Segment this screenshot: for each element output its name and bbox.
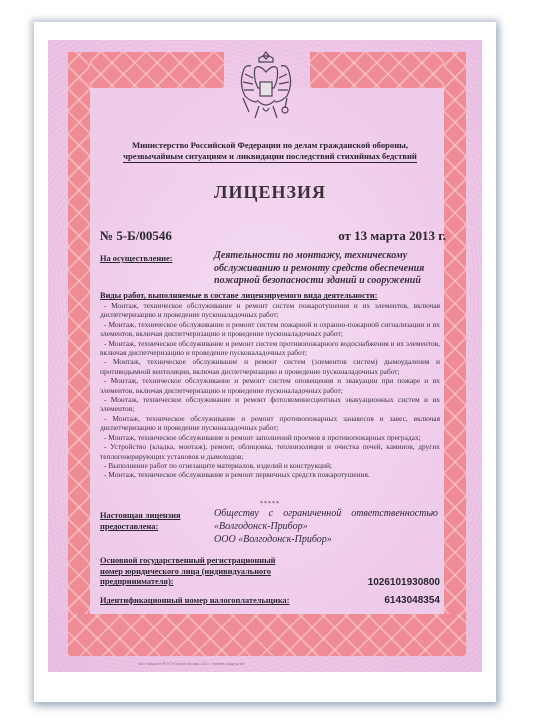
frame-band-top-right xyxy=(310,52,466,88)
frame-band-bottom xyxy=(68,614,466,656)
ogrn-value: 1026101930800 xyxy=(368,577,440,588)
work-item: - Устройство (кладка, монтаж), ремонт, о… xyxy=(100,442,440,461)
license-document: Министерство Российской Федерации по дел… xyxy=(48,40,482,672)
licensee: Обществу с ограниченной ответственностью… xyxy=(214,507,438,546)
works-heading: Виды работ, выполняемые в составе лиценз… xyxy=(100,291,440,300)
frame-band-left xyxy=(68,52,90,656)
printer-imprint: ЗАО «Опцион» ФГУП «Гознак» Москва, 2012 … xyxy=(138,662,398,666)
frame-band-right xyxy=(444,52,466,656)
ministry-line-2: чрезвычайным ситуациям и ликвидации посл… xyxy=(123,151,417,163)
work-item: - Монтаж, техническое обслуживание и рем… xyxy=(100,395,440,414)
work-item: - Выполнение работ по огнезащите материа… xyxy=(100,461,440,470)
work-item: - Монтаж, техническое обслуживание и рем… xyxy=(100,433,440,442)
work-item: - Монтаж, техническое обслуживание и рем… xyxy=(100,320,440,339)
document-title: ЛИЦЕНЗИЯ xyxy=(100,182,440,203)
license-number: № 5-Б/00546 xyxy=(100,228,172,244)
ogrn-label: Основной государственный регистрационный… xyxy=(100,556,300,588)
work-item: - Монтаж, техническое обслуживание и рем… xyxy=(100,339,440,358)
frame-band-top-left xyxy=(68,52,224,88)
russian-coat-of-arms-icon xyxy=(235,48,297,134)
purpose-label: На осуществление: xyxy=(100,254,172,263)
ministry-line-1: Министерство Российской Федерации по дел… xyxy=(100,140,440,151)
inn-value: 6143048354 xyxy=(384,595,440,606)
issuing-authority: Министерство Российской Федерации по дел… xyxy=(100,140,440,163)
works-list: - Монтаж, техническое обслуживание и рем… xyxy=(100,301,440,480)
work-item: - Монтаж, техническое обслуживание и рем… xyxy=(100,357,440,376)
licensee-short-name: ООО «Волгодонск-Прибор» xyxy=(214,533,438,546)
license-date: от 13 марта 2013 г. xyxy=(338,228,446,244)
work-item: - Монтаж, техническое обслуживание и рем… xyxy=(100,376,440,395)
purpose-text: Деятельности по монтажу, техническому об… xyxy=(214,250,434,288)
work-item: - Монтаж, техническое обслуживание и рем… xyxy=(100,470,440,479)
inn-label: Идентификационный номер налогоплательщик… xyxy=(100,596,290,605)
work-item: - Монтаж, техническое обслуживание и рем… xyxy=(100,414,440,433)
granted-label: Настоящая лицензия предоставлена: xyxy=(100,510,204,532)
licensee-full-name: Обществу с ограниченной ответственностью… xyxy=(214,507,438,533)
work-item: - Монтаж, техническое обслуживание и рем… xyxy=(100,301,440,320)
